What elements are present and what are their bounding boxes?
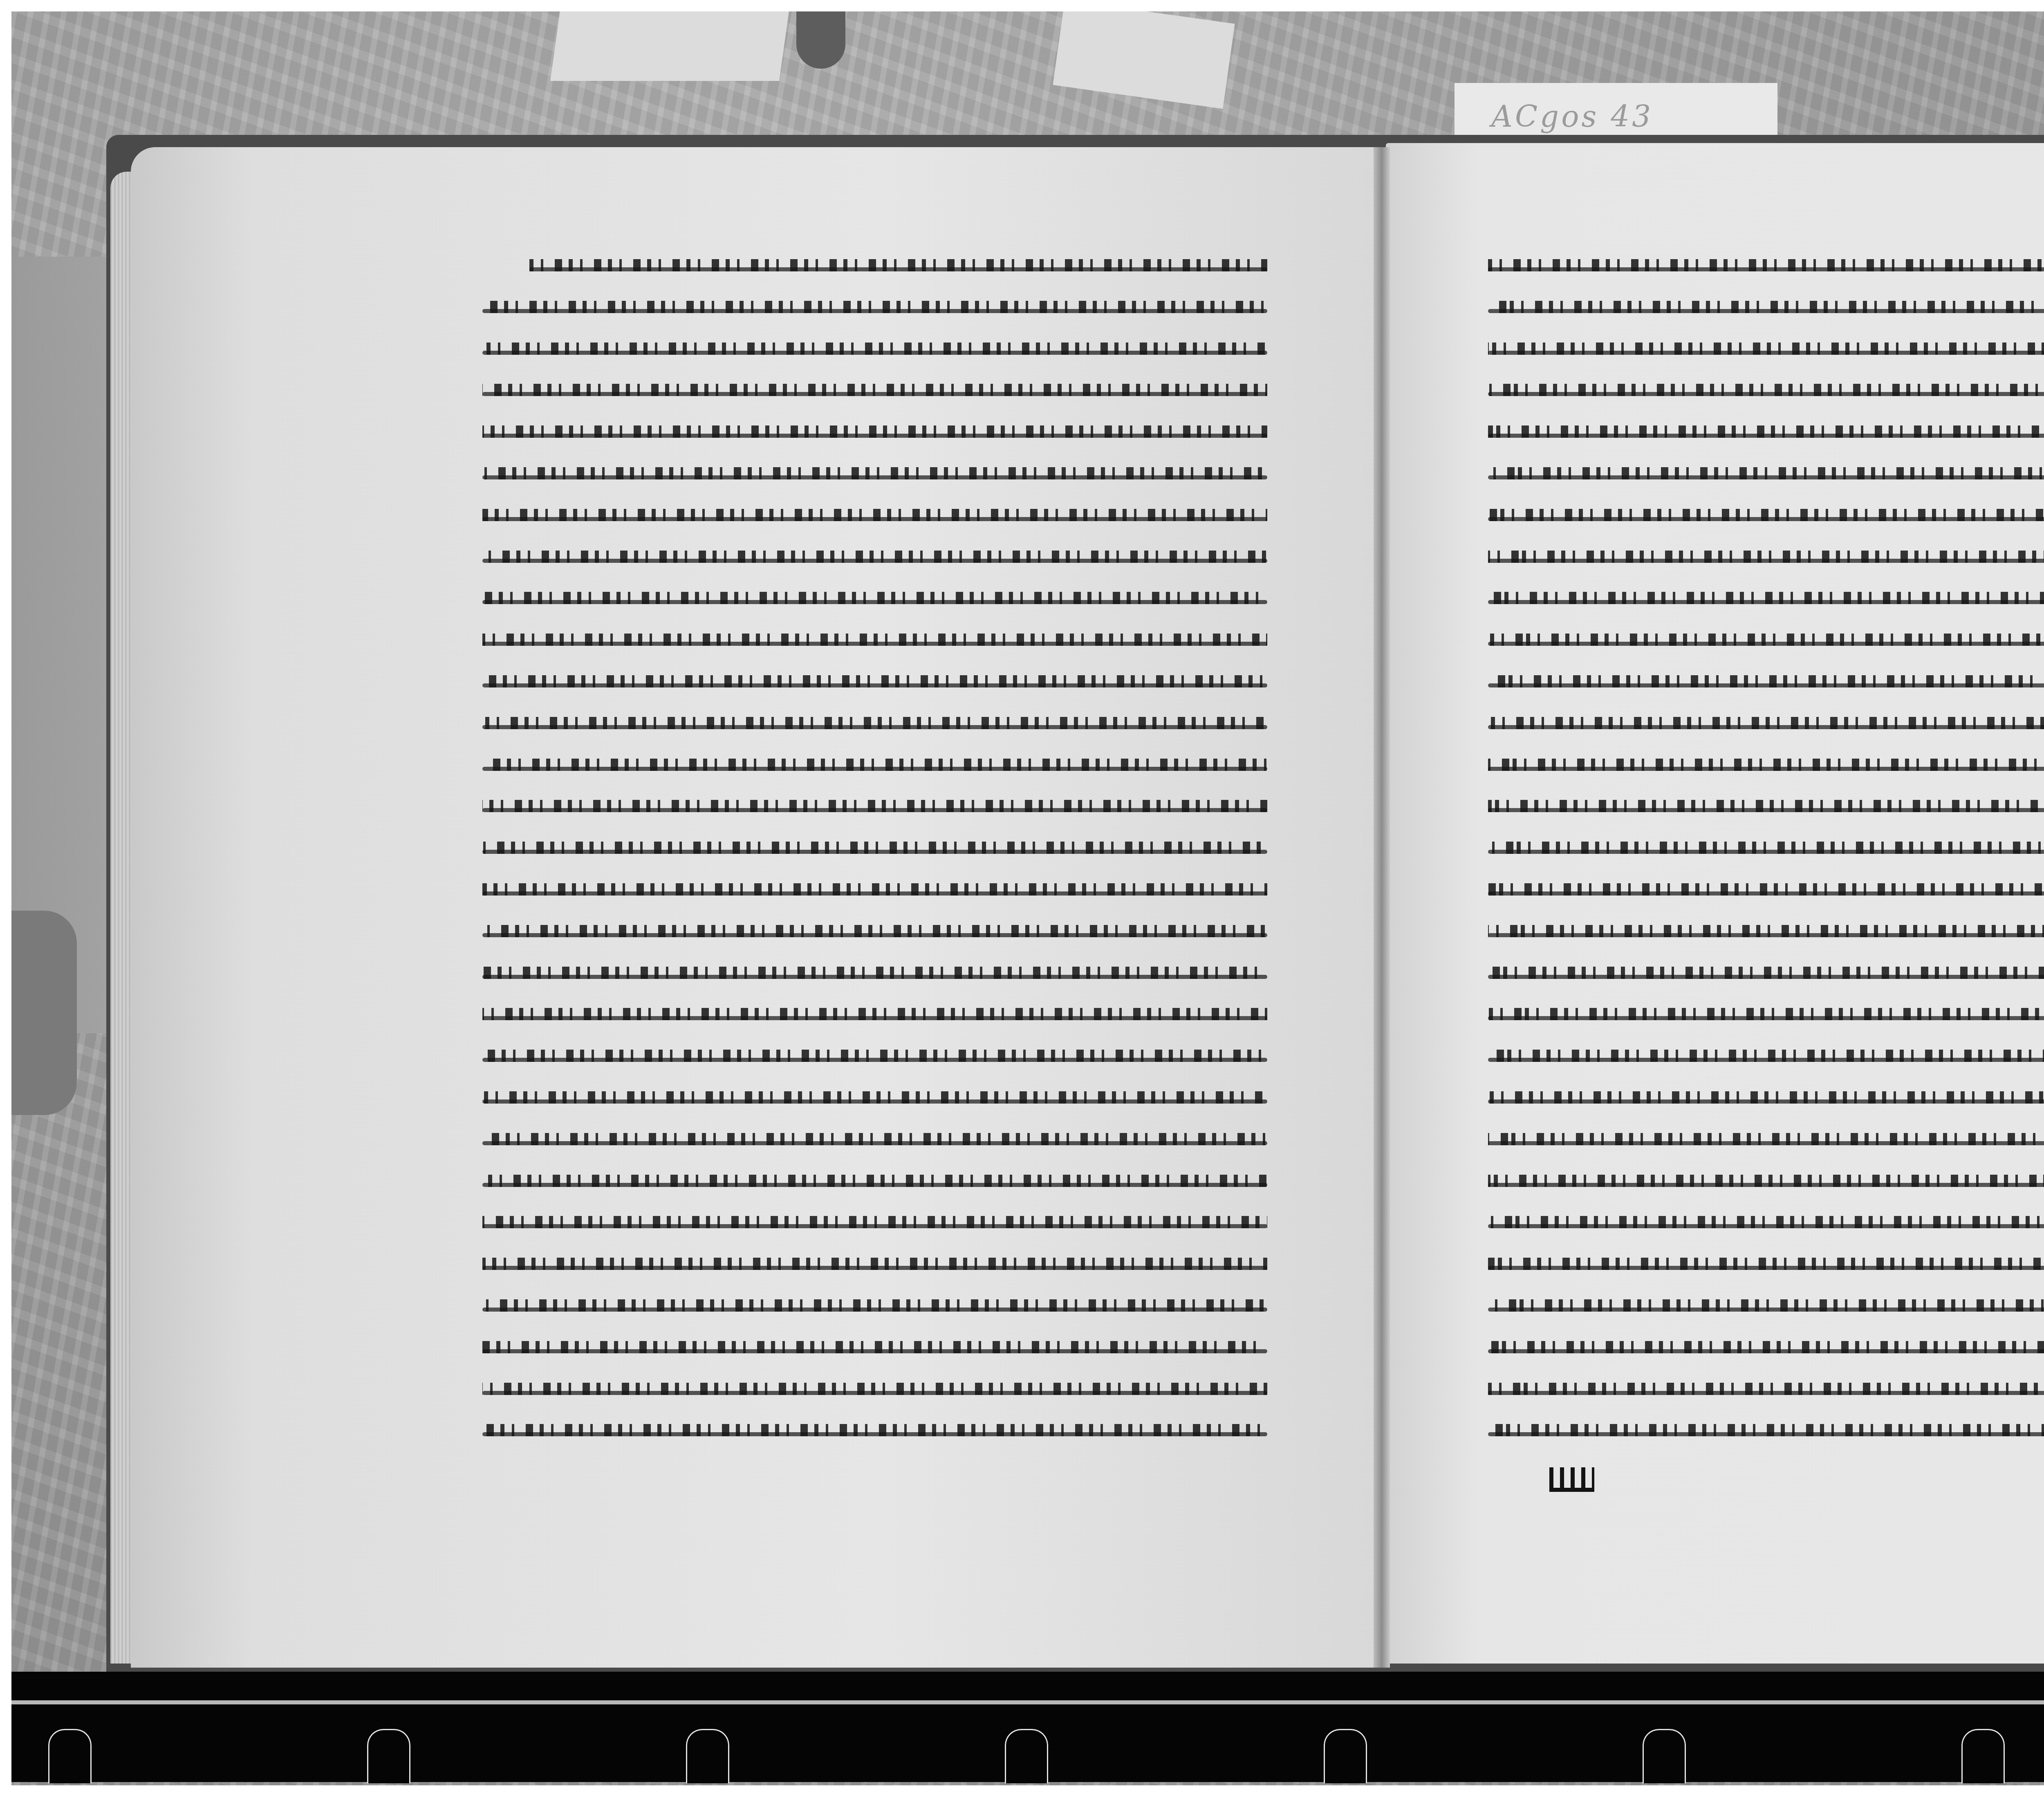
manuscript-line: [482, 333, 1267, 357]
manuscript-line: [482, 416, 1267, 440]
manuscript-line: [482, 1123, 1267, 1148]
manuscript-line: [1488, 624, 2044, 648]
manuscript-line: [482, 873, 1267, 898]
manuscript-line: [482, 915, 1267, 940]
manuscript-line: [1488, 249, 2044, 274]
manuscript-line: [1488, 749, 2044, 773]
manuscript-line: [482, 499, 1267, 524]
catchword: [1549, 1467, 1594, 1492]
manuscript-line: [482, 665, 1267, 690]
manuscript-line: [1488, 1248, 2044, 1272]
manuscript-line: [482, 541, 1267, 565]
manuscript-line: [1488, 1414, 2044, 1439]
manuscript-line: [482, 749, 1267, 773]
manuscript-line: [1488, 1123, 2044, 1148]
manuscript-line: [1488, 790, 2044, 815]
manuscript-line: [1488, 1373, 2044, 1397]
manuscript-line: [1488, 582, 2044, 607]
finger: [796, 11, 845, 69]
manuscript-line: [1488, 832, 2044, 856]
manuscript-line: [1488, 1290, 2044, 1314]
manuscript-line: [482, 1040, 1267, 1064]
manuscript-line: [482, 457, 1267, 482]
manuscript-line: [1488, 291, 2044, 316]
manuscript-line: [1488, 541, 2044, 565]
manuscript-line: [482, 998, 1267, 1023]
manuscript-line: [482, 1290, 1267, 1314]
manuscript-line: [482, 624, 1267, 648]
film-sprocket: [1005, 1729, 1048, 1783]
film-sprocket: [48, 1729, 92, 1783]
manuscript-line: [1488, 1165, 2044, 1189]
manuscript-line: [1488, 665, 2044, 690]
manuscript-line: [482, 1414, 1267, 1439]
manuscript-line: [1488, 957, 2044, 981]
manuscript-line: [482, 582, 1267, 607]
paper-scrap: [550, 11, 789, 81]
manuscript-line: [482, 707, 1267, 732]
manuscript-line: [482, 374, 1267, 399]
manuscript-line: [482, 291, 1267, 316]
shelf-mark-text: ACgos 43: [1491, 99, 1653, 134]
manuscript-line: [1488, 873, 2044, 898]
manuscript-line: [1488, 416, 2044, 440]
manuscript-line: [1488, 707, 2044, 732]
manuscript-line: [482, 1331, 1267, 1356]
manuscript-line: [482, 1206, 1267, 1231]
manuscript-line: [529, 249, 1267, 274]
manuscript-line: [1488, 1331, 2044, 1356]
manuscript-line: [482, 1248, 1267, 1272]
manuscript-line: [1488, 1081, 2044, 1106]
film-edge-line: [11, 1700, 2044, 1704]
manuscript-line: [482, 1373, 1267, 1397]
left-page-text: [482, 249, 1267, 1456]
manuscript-line: [1488, 1040, 2044, 1064]
manuscript-line: [1488, 457, 2044, 482]
book-gutter: [1374, 147, 1390, 1668]
film-sprocket: [1324, 1729, 1367, 1783]
manuscript-line: [1488, 374, 2044, 399]
film-strip-edge: [11, 1672, 2044, 1782]
manuscript-line: [1488, 333, 2044, 357]
film-sprocket: [686, 1729, 729, 1783]
film-sprocket: [1961, 1729, 2005, 1783]
manuscript-line: [482, 1081, 1267, 1106]
film-sprocket: [367, 1729, 410, 1783]
film-sprocket: [1643, 1729, 1686, 1783]
manuscript-line: [1488, 998, 2044, 1023]
manuscript-line: [1488, 1206, 2044, 1231]
manuscript-line: [482, 1165, 1267, 1189]
manuscript-line: [482, 957, 1267, 981]
right-page-text: [1488, 249, 2044, 1456]
manuscript-line: [482, 790, 1267, 815]
left-fingers: [11, 911, 77, 1115]
manuscript-line: [482, 832, 1267, 856]
manuscript-line: [1488, 499, 2044, 524]
manuscript-line: [1488, 915, 2044, 940]
